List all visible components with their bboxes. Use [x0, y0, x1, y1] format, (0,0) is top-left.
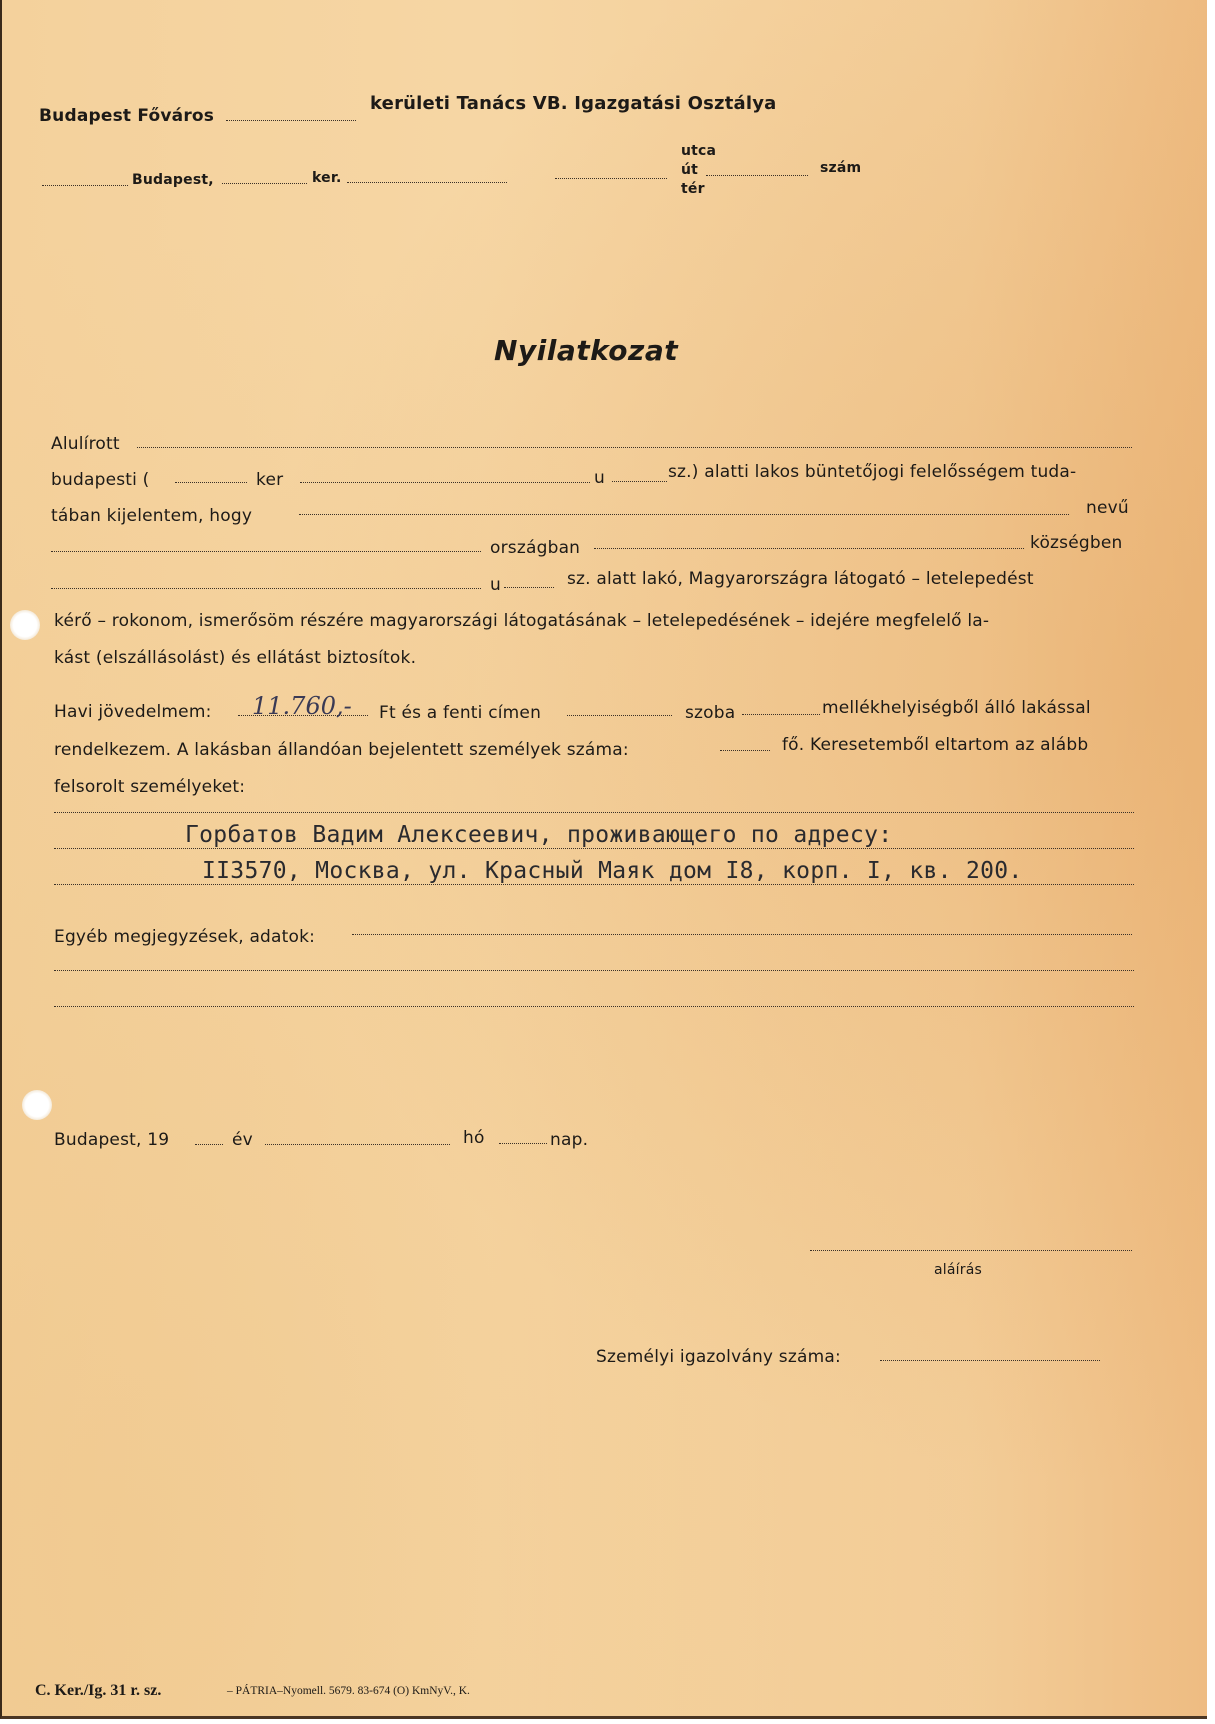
sz-alatt-lako-text: sz. alatt lakó, Magyarországra látogató … — [567, 569, 1034, 589]
income-value: 11.760,- — [252, 692, 352, 720]
header-ker-label: ker. — [312, 170, 341, 186]
id-card-field — [880, 1360, 1100, 1361]
street-name-field — [347, 182, 507, 183]
rooms-field — [567, 715, 672, 716]
szoba-text: szoba — [685, 703, 735, 723]
ker-label: ker — [256, 470, 283, 490]
ev-label: év — [232, 1130, 253, 1150]
number-field — [612, 481, 667, 482]
havi-label: Havi jövedelmem: — [54, 702, 212, 722]
guest-name-field — [299, 514, 1069, 515]
year-field — [195, 1144, 223, 1145]
form-code: C. Ker./Ig. 31 r. sz. — [35, 1682, 161, 1700]
notes-line-3 — [54, 1006, 1134, 1007]
alulirott-label: Alulírott — [51, 434, 120, 454]
date-budapest-19: Budapest, 19 — [54, 1130, 169, 1150]
u-label: u — [594, 468, 605, 488]
rendelkezem-text: rendelkezem. A lakásban állandóan bejele… — [54, 740, 629, 760]
persons-line-1 — [54, 812, 1134, 813]
notes-line-2 — [54, 970, 1134, 971]
postal-field — [42, 185, 128, 186]
typed-person-name: Горбатов Вадим Алексеевич, проживающего … — [185, 822, 892, 848]
felsorolt-text: felsorolt személyeket: — [54, 777, 245, 797]
country-field — [51, 551, 481, 552]
header-department: kerületi Tanács VB. Igazgatási Osztálya — [370, 93, 777, 114]
budapesti-label: budapesti ( — [51, 470, 150, 490]
id-card-label: Személyi igazolvány száma: — [596, 1347, 841, 1367]
fo-text: fő. Keresetemből eltartom az alább — [782, 735, 1088, 755]
district-number-field — [175, 482, 247, 483]
notes-line-1 — [352, 934, 1132, 935]
auxiliary-rooms-field — [742, 714, 820, 715]
document-title: Nyilatkozat — [494, 334, 678, 367]
document-page: Budapest Főváros kerületi Tanács VB. Iga… — [0, 0, 1207, 1719]
persons-line-3 — [54, 884, 1134, 885]
guest-number-field — [504, 587, 554, 588]
kero-text: kérő – rokonom, ismerősöm részére magyar… — [54, 611, 989, 631]
month-field — [265, 1144, 450, 1145]
day-field — [499, 1143, 547, 1144]
guest-street-field — [51, 588, 481, 589]
u2-label: u — [490, 575, 501, 595]
header-budapest-label: Budapest, — [132, 172, 214, 188]
ft-es-text: Ft és a fenti címen — [379, 703, 541, 723]
signature-label: aláírás — [934, 1262, 982, 1278]
street-type-ut: út — [681, 162, 698, 178]
street-type-utca: utca — [681, 143, 716, 159]
signature-line — [810, 1250, 1132, 1251]
kozsegben-text: községben — [1030, 533, 1123, 553]
header-budapest-fovaros: Budapest Főváros — [39, 106, 214, 126]
mellek-text: mellékhelyiségből álló lakással — [822, 698, 1091, 718]
ker-field — [222, 183, 307, 184]
persons-line-2 — [54, 848, 1134, 849]
nap-label: nap. — [550, 1130, 588, 1150]
taban-text: tában kijelentem, hogy — [51, 506, 252, 526]
typed-person-address: II3570, Москва, ул. Красный Маяк дом I8,… — [202, 858, 1023, 884]
punch-hole — [22, 1090, 52, 1120]
header-szam-label: szám — [820, 160, 861, 176]
ho-label: hó — [463, 1128, 485, 1148]
orszagban-text: országban — [490, 538, 580, 558]
street-type-ter: tér — [681, 181, 705, 197]
street-name-field-2 — [555, 178, 667, 179]
persons-count-field — [720, 750, 770, 751]
name-field — [137, 447, 1132, 448]
nevu-text: nevű — [1086, 498, 1129, 518]
printer-info: – PÁTRIA–Nyomell. 5679. 83-674 (O) KmNyV… — [227, 1685, 470, 1697]
kast-text: kást (elszállásolást) és ellátást biztos… — [54, 648, 416, 668]
punch-hole — [10, 610, 40, 640]
house-number-field — [706, 175, 808, 176]
sz-alatti-text: sz.) alatti lakos büntetőjogi felelősség… — [668, 462, 1076, 482]
egyeb-label: Egyéb megjegyzések, adatok: — [54, 927, 315, 947]
village-field — [594, 548, 1024, 549]
district-field — [226, 120, 356, 121]
street-field — [300, 482, 590, 483]
